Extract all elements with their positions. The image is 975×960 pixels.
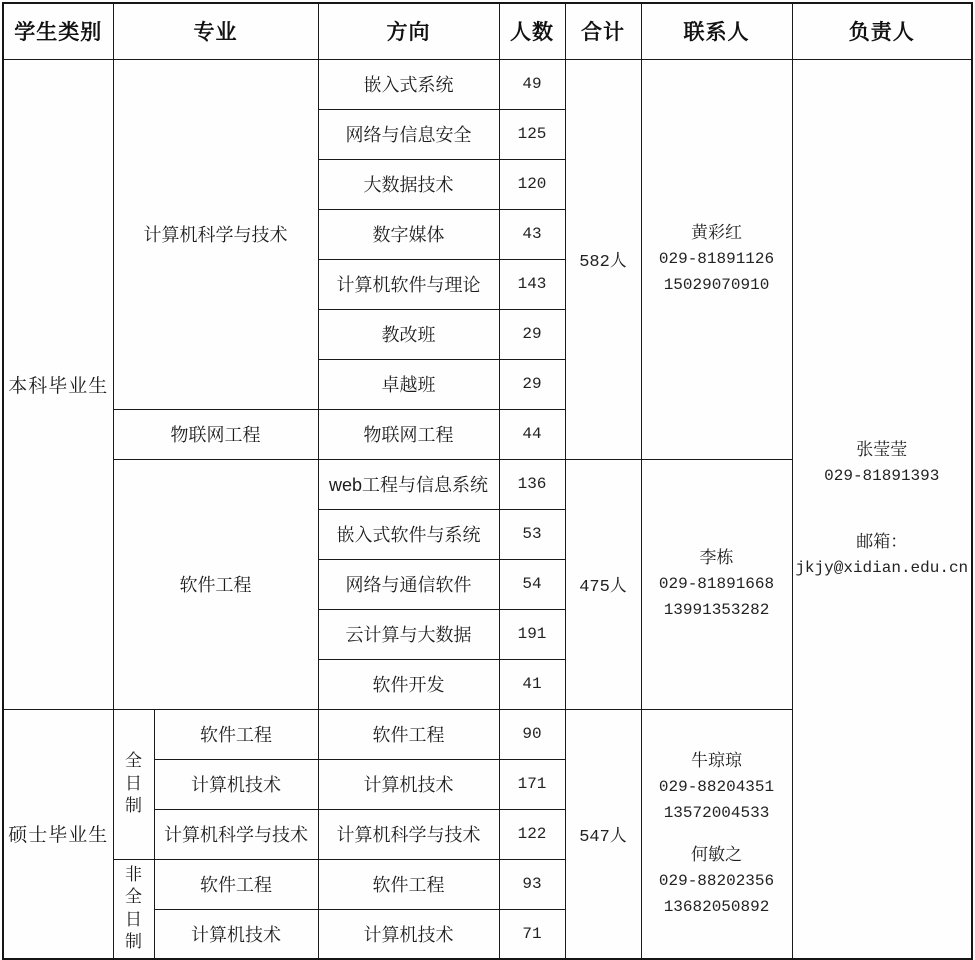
direction-cell: 教改班 [318, 309, 499, 359]
undergrad-se-major-cell: 软件工程 [113, 459, 318, 709]
count-cell: 136 [499, 459, 565, 509]
total-cell-se: 475人 [565, 459, 641, 709]
undergrad-iot-major-cell: 物联网工程 [113, 409, 318, 459]
direction-cell: 计算机软件与理论 [318, 259, 499, 309]
contact-cell-cs-iot: 黄彩红 029-81891126 15029070910 [641, 59, 792, 459]
direction-cell: 软件开发 [318, 659, 499, 709]
master-fulltime-label-cell: 全日制 [113, 709, 154, 859]
contact-mobile: 13991353282 [644, 597, 790, 623]
contact-name: 牛琼琼 [644, 748, 790, 774]
master-major-cell: 软件工程 [154, 859, 318, 909]
director-cell: 张莹莹 029-81891393 邮箱： jkjy@xidian.edu.cn [792, 59, 972, 959]
director-phone: 029-81891393 [795, 463, 970, 489]
director-name: 张莹莹 [795, 437, 970, 463]
count-cell: 93 [499, 859, 565, 909]
master-major-cell: 软件工程 [154, 709, 318, 759]
contact-cell-se: 李栋 029-81891668 13991353282 [641, 459, 792, 709]
direction-cell: 云计算与大数据 [318, 609, 499, 659]
count-cell: 125 [499, 109, 565, 159]
graduate-statistics-table: 学生类别 专业 方向 人数 合计 联系人 负责人 本科毕业生 计算机科学与技术 … [2, 2, 973, 960]
header-direction: 方向 [318, 3, 499, 59]
contact-cell-master: 牛琼琼 029-88204351 13572004533 何敏之 029-882… [641, 709, 792, 959]
header-major: 专业 [113, 3, 318, 59]
direction-cell: 计算机科学与技术 [318, 809, 499, 859]
contact-phone: 029-81891126 [644, 246, 790, 272]
director-email-label: 邮箱： [795, 529, 970, 555]
master-major-cell: 计算机科学与技术 [154, 809, 318, 859]
header-student-category: 学生类别 [3, 3, 113, 59]
direction-cell: 计算机技术 [318, 759, 499, 809]
count-cell: 54 [499, 559, 565, 609]
undergrad-cs-major-cell: 计算机科学与技术 [113, 59, 318, 409]
total-cell-master: 547人 [565, 709, 641, 959]
count-cell: 71 [499, 909, 565, 959]
count-cell: 90 [499, 709, 565, 759]
direction-cell: 大数据技术 [318, 159, 499, 209]
contact-phone: 029-88202356 [644, 868, 790, 894]
contact-mobile: 13682050892 [644, 894, 790, 920]
count-cell: 44 [499, 409, 565, 459]
contact-phone: 029-81891668 [644, 571, 790, 597]
graduate-statistics-table-page: 学生类别 专业 方向 人数 合计 联系人 负责人 本科毕业生 计算机科学与技术 … [0, 0, 975, 960]
count-cell: 143 [499, 259, 565, 309]
contact-name: 何敏之 [644, 842, 790, 868]
header-director: 负责人 [792, 3, 972, 59]
fulltime-label: 全日制 [124, 750, 144, 817]
count-cell: 120 [499, 159, 565, 209]
master-major-cell: 计算机技术 [154, 909, 318, 959]
direction-cell: 嵌入式系统 [318, 59, 499, 109]
total-cell-cs-iot: 582人 [565, 59, 641, 459]
direction-cell: 软件工程 [318, 709, 499, 759]
count-cell: 29 [499, 309, 565, 359]
direction-cell: 网络与信息安全 [318, 109, 499, 159]
count-cell: 171 [499, 759, 565, 809]
header-count: 人数 [499, 3, 565, 59]
contact-name: 黄彩红 [644, 220, 790, 246]
count-cell: 43 [499, 209, 565, 259]
count-cell: 122 [499, 809, 565, 859]
direction-cell: 嵌入式软件与系统 [318, 509, 499, 559]
parttime-label: 非全日制 [124, 864, 144, 954]
count-cell: 29 [499, 359, 565, 409]
table-row: 本科毕业生 计算机科学与技术 嵌入式系统 49 582人 黄彩红 029-818… [3, 59, 972, 109]
direction-cell: 数字媒体 [318, 209, 499, 259]
count-cell: 191 [499, 609, 565, 659]
director-email: jkjy@xidian.edu.cn [795, 555, 970, 581]
direction-cell: 计算机技术 [318, 909, 499, 959]
master-category-cell: 硕士毕业生 [3, 709, 113, 959]
count-cell: 53 [499, 509, 565, 559]
count-cell: 41 [499, 659, 565, 709]
master-parttime-label-cell: 非全日制 [113, 859, 154, 959]
direction-cell: 软件工程 [318, 859, 499, 909]
header-row: 学生类别 专业 方向 人数 合计 联系人 负责人 [3, 3, 972, 59]
contact-mobile: 15029070910 [644, 272, 790, 298]
master-major-cell: 计算机技术 [154, 759, 318, 809]
direction-cell: 卓越班 [318, 359, 499, 409]
undergrad-category-cell: 本科毕业生 [3, 59, 113, 709]
header-contact: 联系人 [641, 3, 792, 59]
count-cell: 49 [499, 59, 565, 109]
direction-cell: web工程与信息系统 [318, 459, 499, 509]
contact-phone: 029-88204351 [644, 774, 790, 800]
contact-mobile: 13572004533 [644, 800, 790, 826]
direction-cell: 物联网工程 [318, 409, 499, 459]
direction-cell: 网络与通信软件 [318, 559, 499, 609]
spacer [644, 826, 790, 842]
header-total: 合计 [565, 3, 641, 59]
contact-name: 李栋 [644, 545, 790, 571]
spacer [795, 489, 970, 529]
